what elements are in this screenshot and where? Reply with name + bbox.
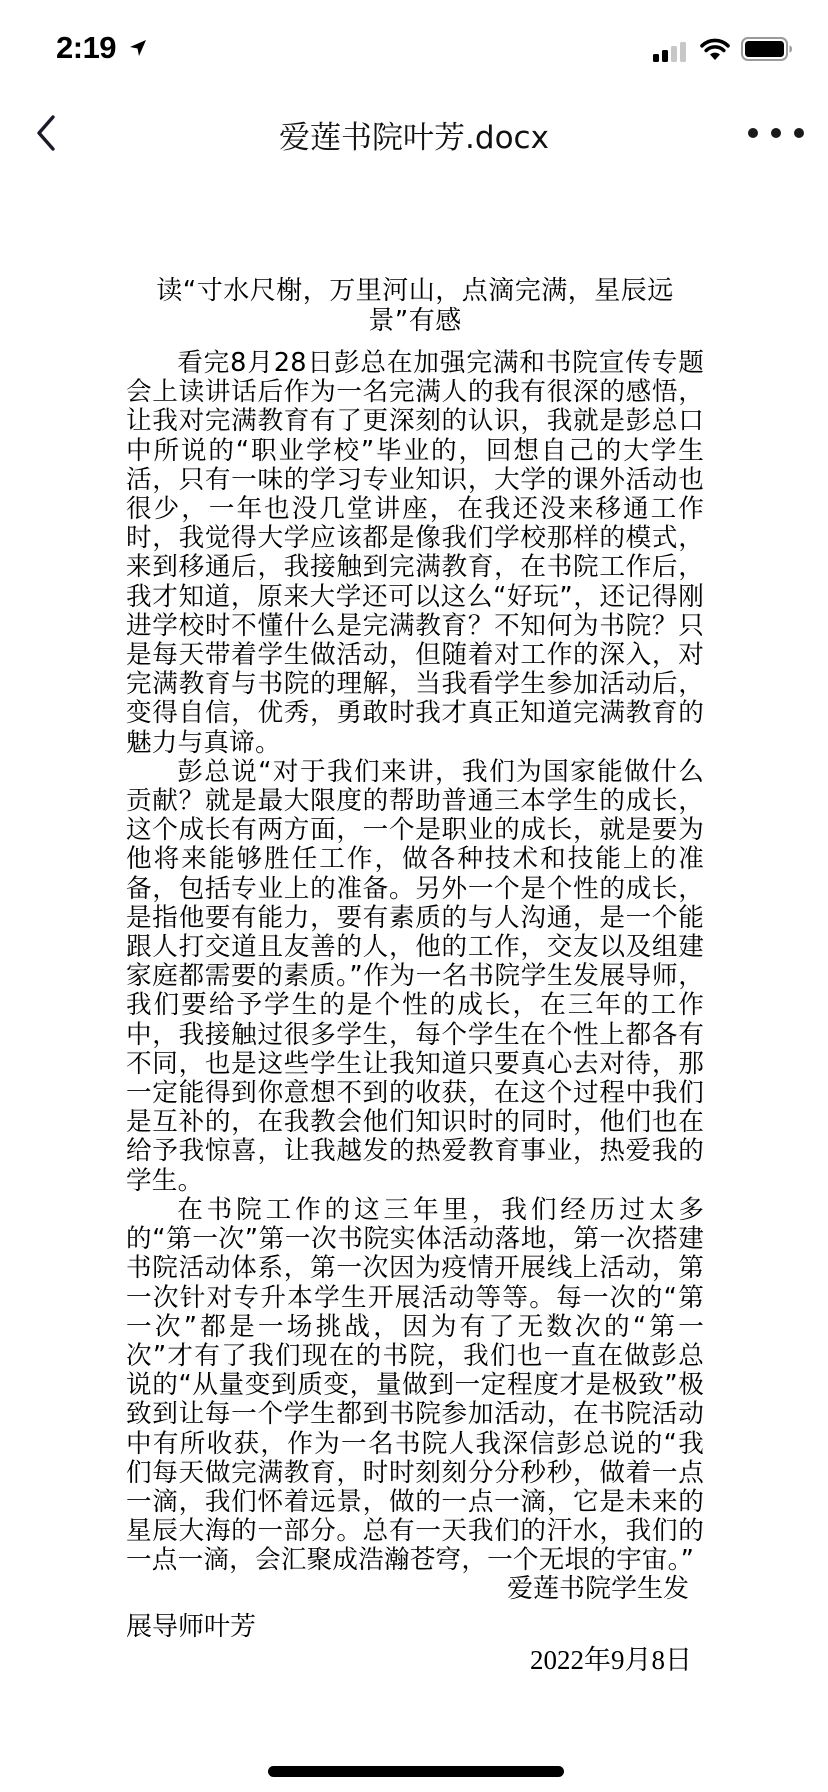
document-body: 读“寸水尺榭，万里河山，点滴完满，星辰远景”有感 看完8月28日彭总在加强完满和… — [126, 276, 704, 1576]
signature-date: 2022年9月8日 — [530, 1645, 692, 1675]
paragraph: 看完8月28日彭总在加强完满和书院宣传专题会上读讲话后作为一名完满人的我有很深的… — [126, 349, 704, 758]
paragraph: 在书院工作的这三年里，我们经历过太多的“第一次”第一次书院实体活动落地，第一次搭… — [126, 1196, 704, 1576]
wifi-icon — [700, 37, 730, 61]
battery-icon — [741, 37, 793, 61]
ellipsis-dot-icon — [771, 128, 781, 138]
paragraph: 彭总说“对于我们来讲，我们为国家能做什么贡献？就是最大限度的帮助普通三本学生的成… — [126, 758, 704, 1196]
location-arrow-icon — [128, 38, 148, 58]
cellular-signal-icon — [653, 42, 687, 62]
ellipsis-dot-icon — [748, 128, 758, 138]
ellipsis-dot-icon — [794, 128, 804, 138]
signature-line-2: 展导师叶芳 — [126, 1612, 256, 1642]
document-title: 爱莲书院叶芳.docx — [0, 112, 828, 157]
signature-line-1: 爱莲书院学生发 — [507, 1574, 689, 1604]
essay-title: 读“寸水尺榭，万里河山，点滴完满，星辰远景”有感 — [126, 276, 704, 336]
more-options-button[interactable] — [748, 116, 804, 150]
nav-bar: 爱莲书院叶芳.docx — [0, 100, 828, 166]
status-time: 2:19 — [56, 30, 116, 66]
home-indicator[interactable] — [268, 1766, 564, 1777]
status-bar: 2:19 — [0, 0, 828, 90]
